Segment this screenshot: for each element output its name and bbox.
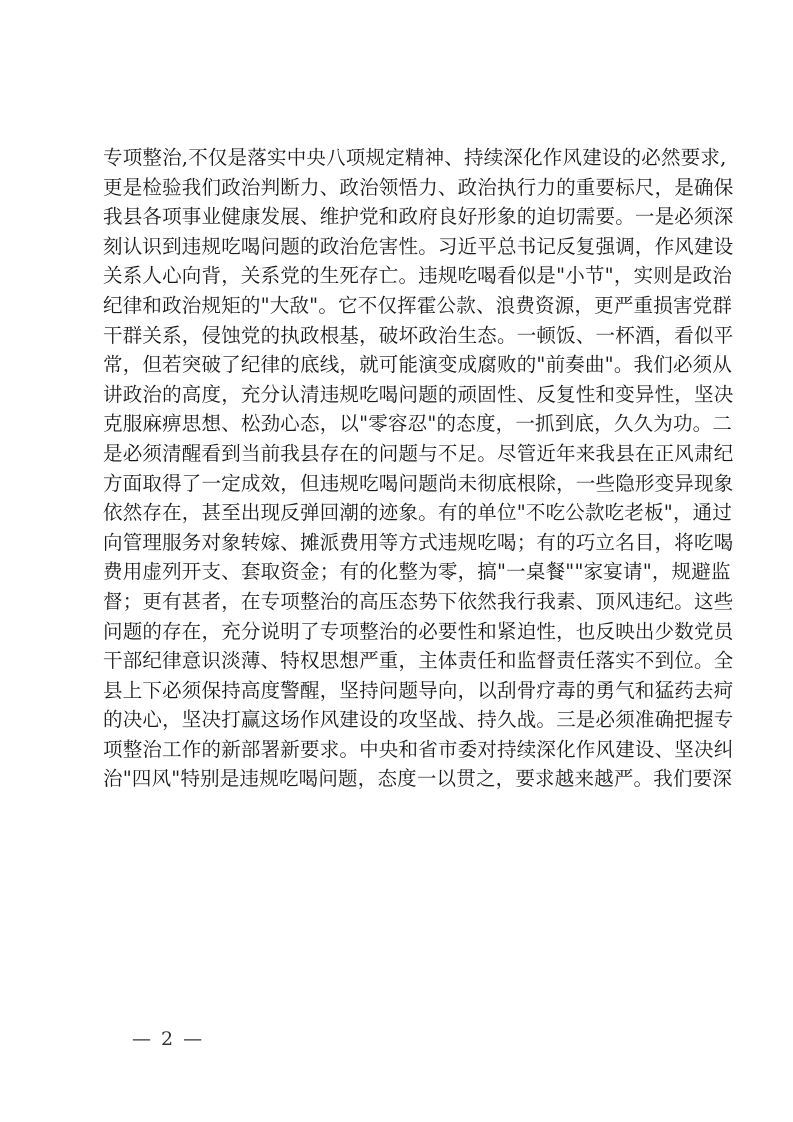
- text-line: 关系人心向背，关系党的生死存亡。违规吃喝看似是"小节"，实则是政治: [103, 261, 699, 291]
- text-line: 费用虚列开支、套取资金；有的化整为零，搞"一桌餐""家宴请"，规避监: [103, 557, 699, 587]
- text-line: 的决心，坚决打赢这场作风建设的攻坚战、持久战。三是必须准确把握专: [103, 705, 699, 735]
- text-line: 问题的存在，充分说明了专项整治的必要性和紧迫性，也反映出少数党员: [103, 617, 699, 647]
- text-line: 依然存在，甚至出现反弹回潮的迹象。有的单位"不吃公款吃老板"，通过: [103, 498, 699, 528]
- body-paragraph: 专项整治,不仅是落实中央八项规定精神、持续深化作风建设的必然要求, 更是检验我们…: [103, 143, 699, 794]
- page-number: — 2 —: [132, 1028, 204, 1050]
- text-line: 克服麻痹思想、松劲心态，以"零容忍"的态度，一抓到底，久久为功。二: [103, 409, 699, 439]
- document-page: 专项整治,不仅是落实中央八项规定精神、持续深化作风建设的必然要求, 更是检验我们…: [0, 0, 793, 1122]
- text-line: 干群关系，侵蚀党的执政根基，破坏政治生态。一顿饭、一杯酒，看似平: [103, 321, 699, 351]
- text-line: 刻认识到违规吃喝问题的政治危害性。习近平总书记反复强调，作风建设: [103, 232, 699, 262]
- text-line: 方面取得了一定成效，但违规吃喝问题尚未彻底根除，一些隐形变异现象: [103, 469, 699, 499]
- text-line: 是必须清醒看到当前我县存在的问题与不足。尽管近年来我县在正风肃纪: [103, 439, 699, 469]
- text-line: 干部纪律意识淡薄、特权思想严重，主体责任和监督责任落实不到位。全: [103, 646, 699, 676]
- text-line: 县上下必须保持高度警醒，坚持问题导向，以刮骨疗毒的勇气和猛药去疴: [103, 676, 699, 706]
- text-line: 我县各项事业健康发展、维护党和政府良好形象的迫切需要。一是必须深: [103, 202, 699, 232]
- text-line: 督；更有甚者，在专项整治的高压态势下依然我行我素、顶风违纪。这些: [103, 587, 699, 617]
- text-line: 专项整治,不仅是落实中央八项规定精神、持续深化作风建设的必然要求,: [103, 143, 699, 173]
- text-line: 向管理服务对象转嫁、摊派费用等方式违规吃喝；有的巧立名目，将吃喝: [103, 528, 699, 558]
- text-line: 治"四风"特别是违规吃喝问题，态度一以贯之，要求越来越严。我们要深: [103, 764, 699, 794]
- text-line: 讲政治的高度，充分认清违规吃喝问题的顽固性、反复性和变异性，坚决: [103, 380, 699, 410]
- text-line: 项整治工作的新部署新要求。中央和省市委对持续深化作风建设、坚决纠: [103, 735, 699, 765]
- text-line: 常，但若突破了纪律的底线，就可能演变成腐败的"前奏曲"。我们必须从: [103, 350, 699, 380]
- text-line: 纪律和政治规矩的"大敌"。它不仅挥霍公款、浪费资源，更严重损害党群: [103, 291, 699, 321]
- text-line: 更是检验我们政治判断力、政治领悟力、政治执行力的重要标尺，是确保: [103, 173, 699, 203]
